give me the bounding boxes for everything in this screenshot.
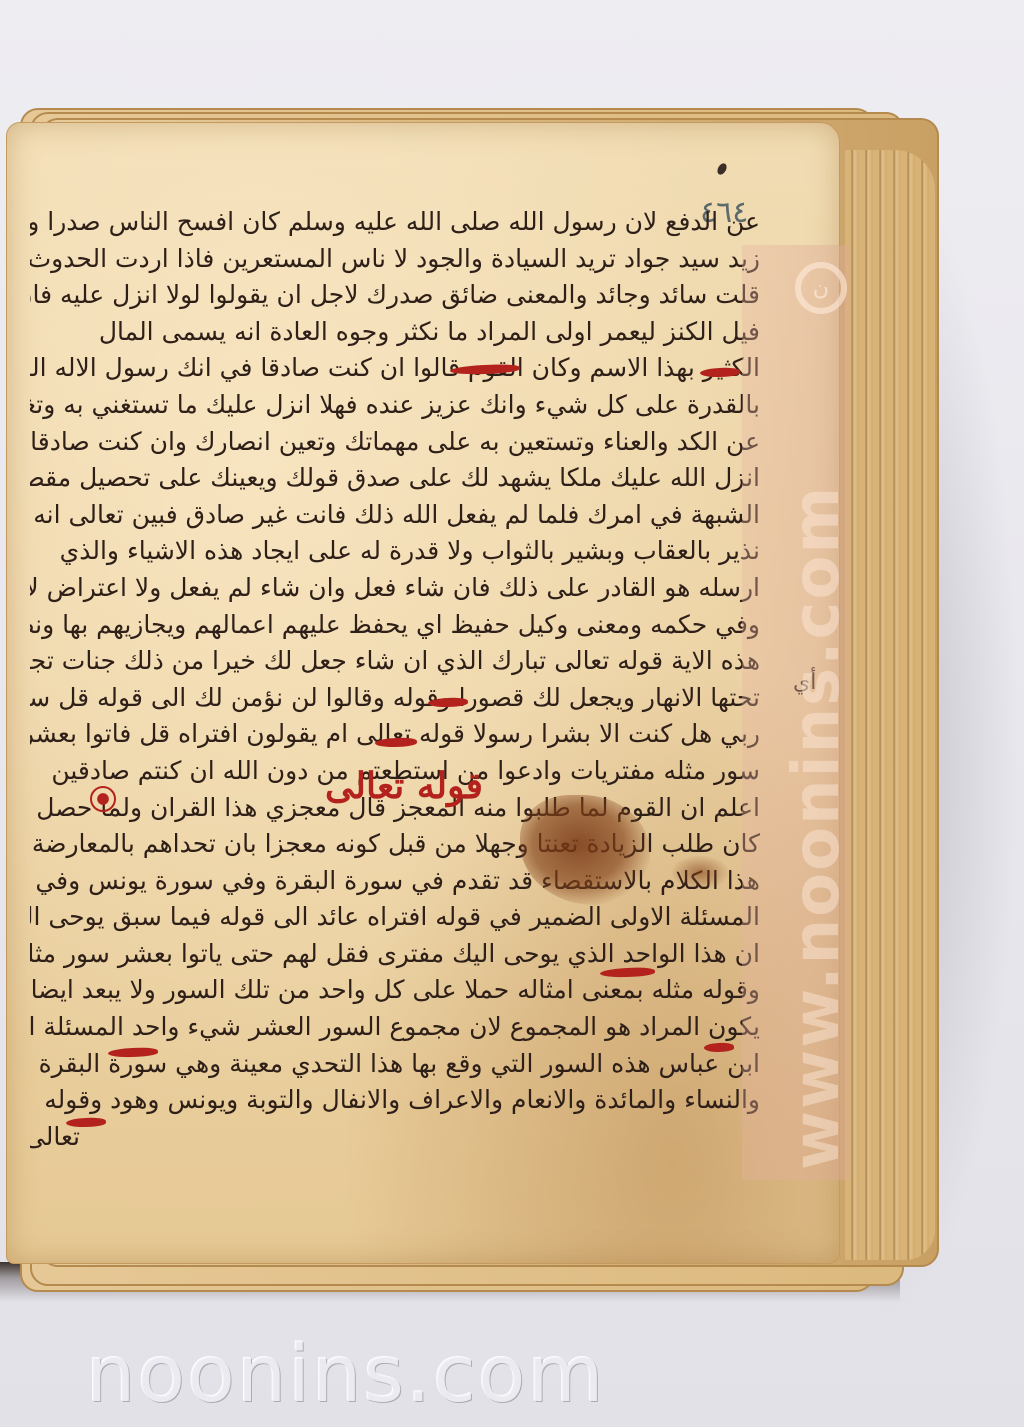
watermark-logo-icon: ن [795, 262, 847, 314]
watermark-vertical: www.noonins.com [780, 485, 854, 1170]
text-line: عن الكد والعناء وتستعين به على مهماتك وت… [30, 424, 760, 461]
text-line: وفي حكمه ومعنى وكيل حفيظ اي يحفظ عليهم ا… [30, 607, 760, 644]
rubricated-heading: قوله تعالى [325, 765, 483, 807]
text-line: هذا الكلام بالاستقصاء قد تقدم في سورة ال… [30, 863, 760, 900]
text-line: انزل الله عليك ملكا يشهد لك على صدق قولك… [30, 460, 760, 497]
text-line: يكون المراد هو المجموع لان مجموع السور ا… [30, 1009, 760, 1046]
text-line: ارسله هو القادر على ذلك فان شاء فعل وان … [30, 570, 760, 607]
text-line: عن الدفع لان رسول الله صلى الله عليه وسل… [30, 204, 760, 241]
text-line: والنساء والمائدة والانعام والاعراف والان… [30, 1082, 760, 1119]
text-line: الشبهة في امرك فلما لم يفعل الله ذلك فان… [30, 497, 760, 534]
text-line: نذير بالعقاب وبشير بالثواب ولا قدرة له ع… [30, 533, 760, 570]
watermark-bottom: noonins.com [86, 1330, 605, 1420]
text-line: تحتها الانهار ويجعل لك قصورا وقوله وقالو… [30, 680, 760, 717]
verse-end-marker [90, 786, 116, 812]
text-line: ان هذا الواحد الذي يوحى اليك مفترى فقل ل… [30, 936, 760, 973]
text-line: ربي هل كنت الا بشرا رسولا قوله تعالى ام … [30, 716, 760, 753]
manuscript-text: عن الدفع لان رسول الله صلى الله عليه وسل… [30, 204, 760, 1155]
text-line: هذه الاية قوله تعالى تبارك الذي ان شاء ج… [30, 643, 760, 680]
text-line: الكثير بهذا الاسم وكان القوم قالوا ان كن… [30, 350, 760, 387]
text-line: زيد سيد جواد تريد السيادة والجود لا ناس … [30, 241, 760, 278]
watermark-logo-letter: ن [813, 276, 829, 301]
text-line: المسئلة الاولى الضمير في قوله افتراه عائ… [30, 899, 760, 936]
page-edges [845, 150, 935, 1260]
closing-word: تعالى [30, 1119, 760, 1156]
text-line: وقوله مثله بمعنى امثاله حملا على كل واحد… [30, 972, 760, 1009]
ink-stain-small [670, 855, 730, 890]
text-line: فيل الكنز ليعمر اولى المراد ما نكثر وجوه… [30, 314, 760, 351]
text-line: بالقدرة على كل شيء وانك عزيز عنده فهلا ا… [30, 387, 760, 424]
text-line: قلت سائد وجائد والمعنى ضائق صدرك لاجل ان… [30, 277, 760, 314]
text-line: كان طلب الزيادة تعنتا وجهلا من قبل كونه … [30, 826, 760, 863]
